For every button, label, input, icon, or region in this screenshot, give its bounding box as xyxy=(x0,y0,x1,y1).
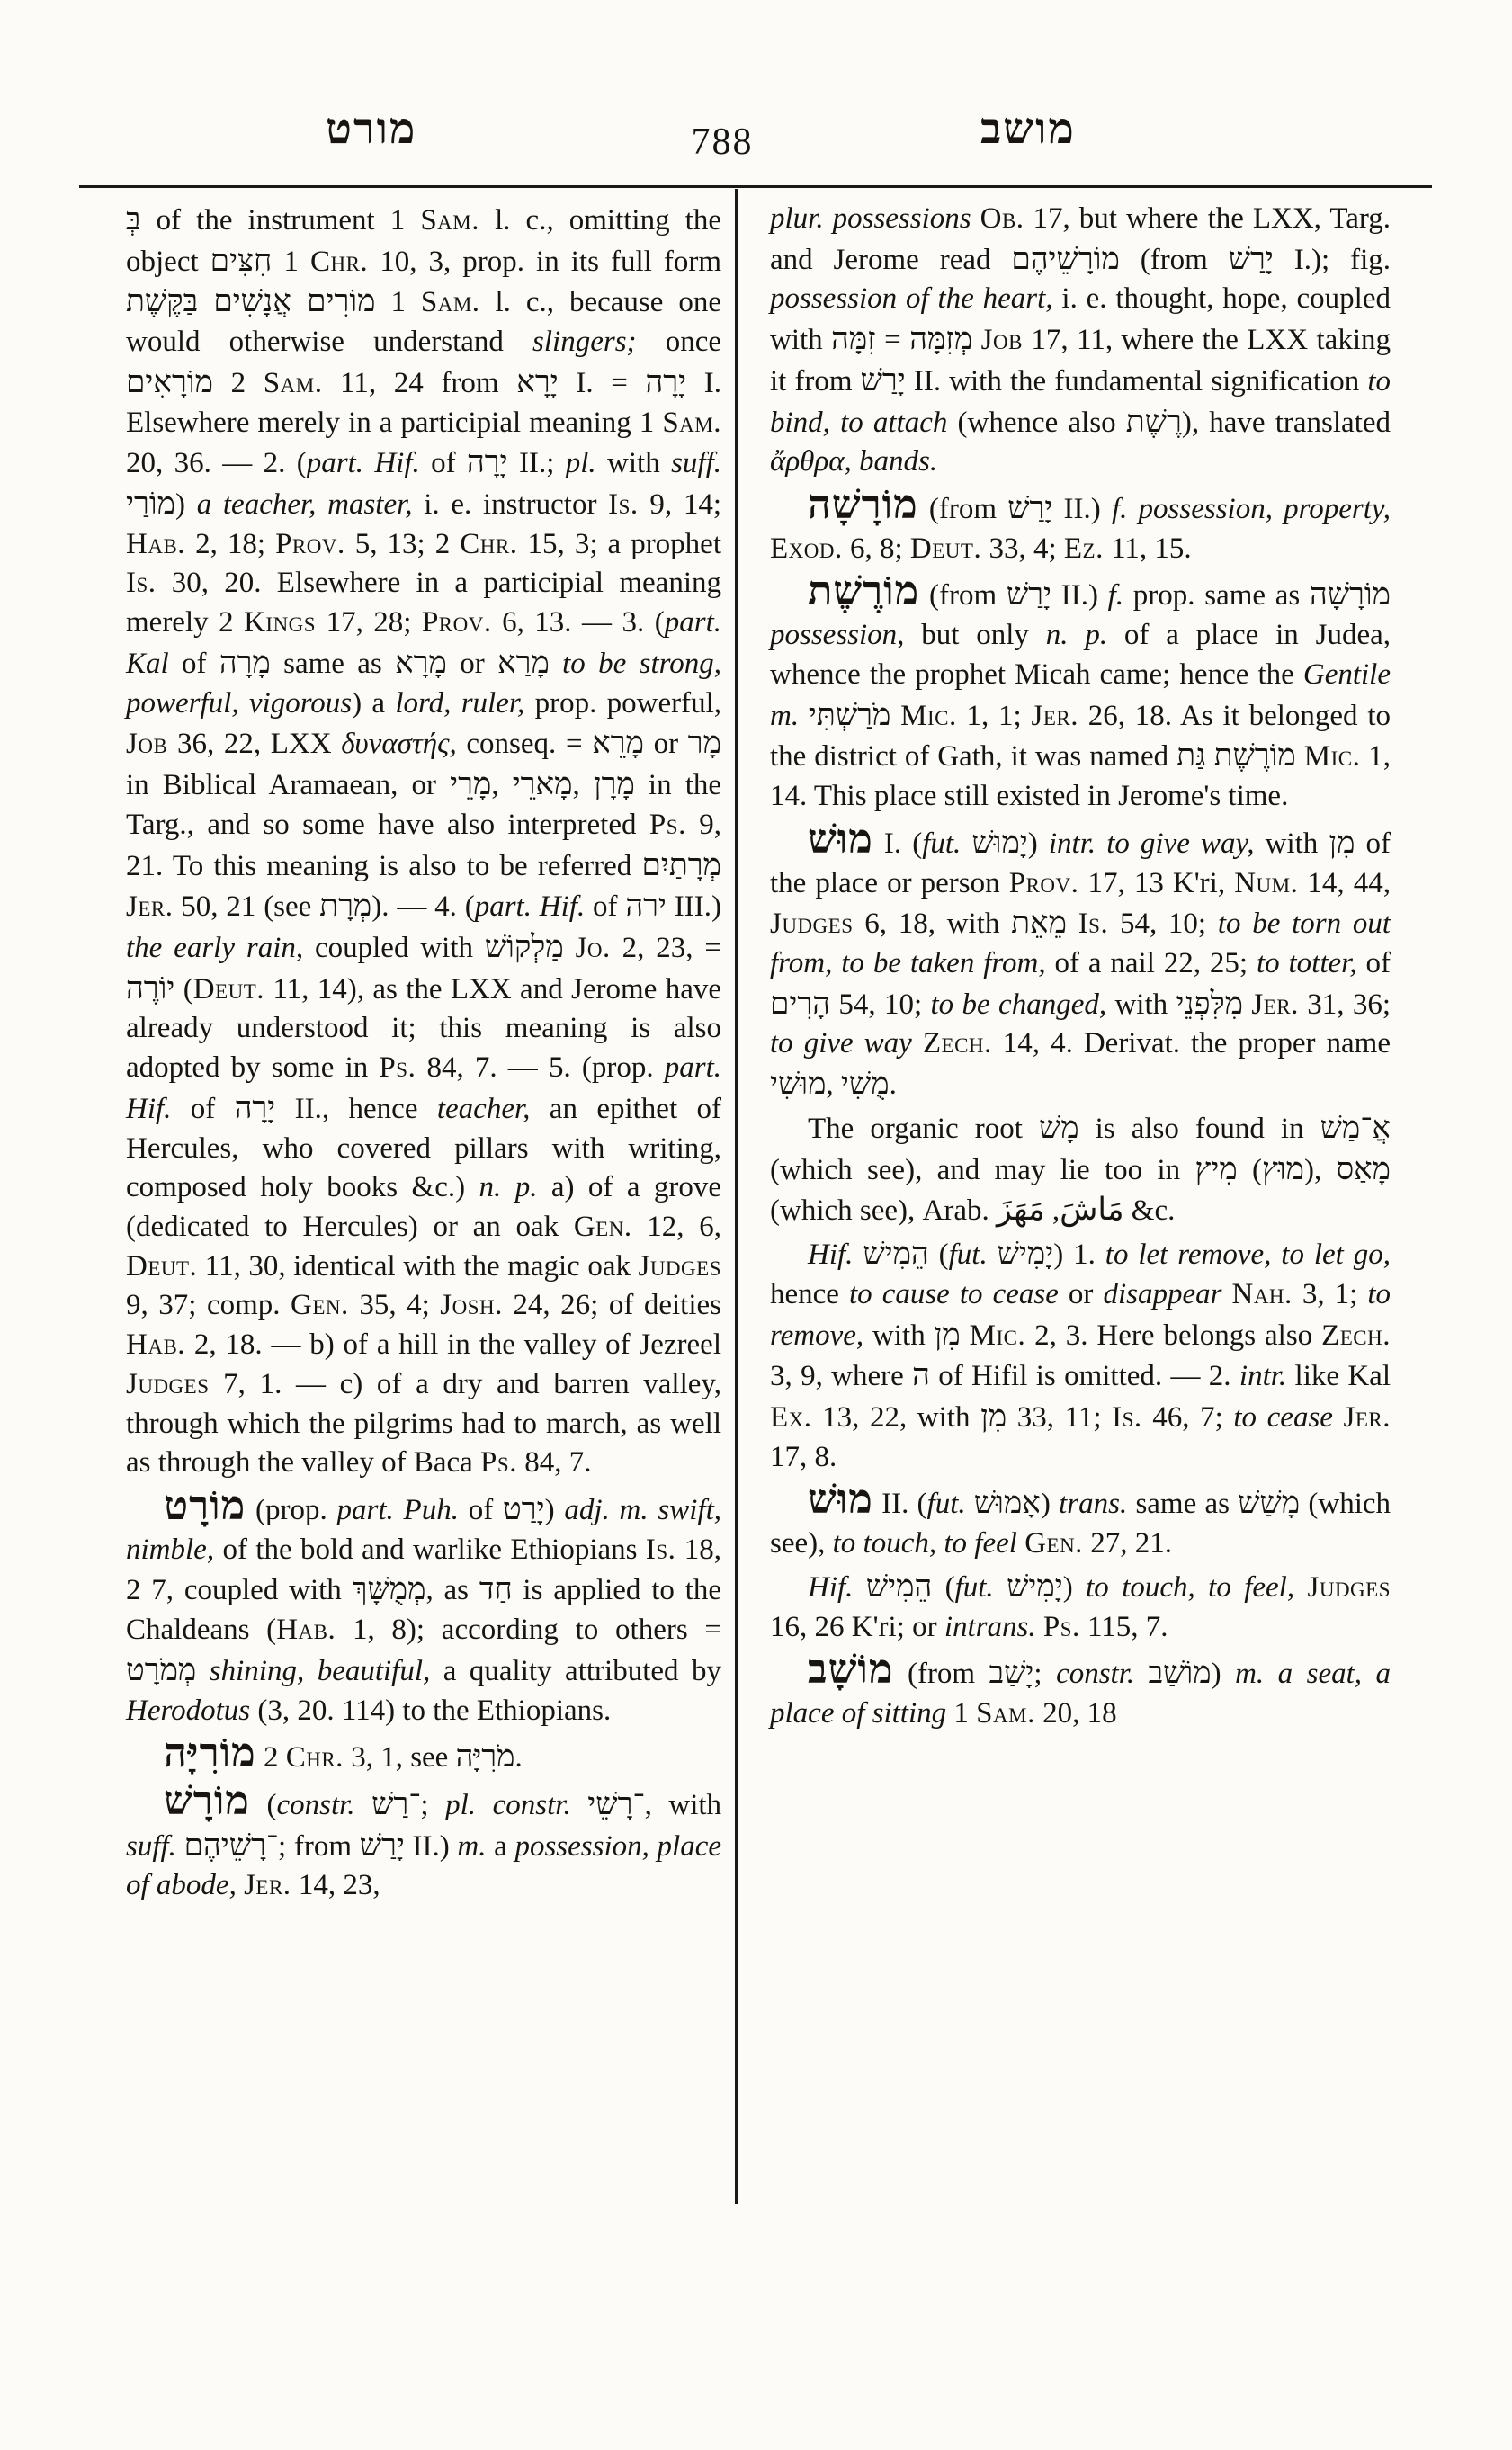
text-run: II.) xyxy=(1051,579,1108,612)
text-run: 14, 44, xyxy=(1298,867,1391,899)
text-run: ( xyxy=(932,1571,954,1604)
text-run: or xyxy=(644,728,688,760)
smallcaps-run: Job xyxy=(981,324,1023,356)
italic-run: to give way xyxy=(770,1027,912,1060)
italic-run: intr. to give way, xyxy=(1049,827,1255,860)
smallcaps-run: Hab. xyxy=(276,1614,336,1646)
text-run: 1, 8); according to others = xyxy=(336,1614,721,1646)
hebrew-run: זִמָּה xyxy=(831,322,876,356)
entry-paragraph: מוֹרֶשֶׁת (from יָרַשׁ II.) f. prop. sam… xyxy=(770,571,1391,816)
italic-run: suff. xyxy=(671,447,721,479)
text-run: (prop. xyxy=(246,1494,336,1526)
entry-paragraph: מוֹרִיָּה 2 Chr. 3, 1, see מֹרִיָּה. xyxy=(126,1733,721,1778)
smallcaps-run: Job xyxy=(126,728,167,760)
text-run: 3, 1, see xyxy=(344,1741,456,1774)
hebrew-run: מִיץ xyxy=(1194,1152,1237,1186)
text-run xyxy=(237,1869,244,1901)
italic-run: to touch, to feel xyxy=(833,1527,1017,1560)
text-run: = xyxy=(876,324,909,356)
text-run xyxy=(1243,988,1251,1021)
hebrew-headword: מוֹרָשָׁה xyxy=(808,482,918,527)
smallcaps-run: Jer. xyxy=(1344,1401,1391,1434)
hebrew-run: מָשׁ xyxy=(1039,1111,1079,1145)
entry-paragraph: מוֹרָשָׁה (from יָרַשׁ II.) f. possessio… xyxy=(770,485,1391,568)
smallcaps-run: Hab. xyxy=(126,528,185,560)
hebrew-run: מָרֵא xyxy=(592,726,644,760)
smallcaps-run: Hab. xyxy=(126,1328,185,1361)
text-run xyxy=(890,700,900,732)
header-rule xyxy=(79,185,1432,188)
text-run: once xyxy=(637,326,721,358)
hebrew-run: מֹרִיָּה xyxy=(456,1739,515,1774)
text-run: (whence also xyxy=(947,407,1125,439)
italic-run: to cease xyxy=(1233,1401,1333,1434)
text-run: (from xyxy=(1120,244,1229,276)
hebrew-run: מֵאֵת xyxy=(1011,906,1067,940)
text-run: with xyxy=(1106,988,1176,1021)
text-run: 1, 1; xyxy=(957,700,1032,732)
text-run: , as xyxy=(425,1574,479,1606)
hebrew-run: מִן xyxy=(1329,826,1355,860)
text-run: hence xyxy=(770,1278,849,1310)
hebrew-run: יָרָה xyxy=(646,365,687,399)
hebrew-run: הֵמִישׁ xyxy=(863,1237,928,1271)
text-run: 33, 4; xyxy=(981,532,1064,565)
entry-paragraph: מוֹרָט (prop. part. Puh. of יָרַט) adj. … xyxy=(126,1486,721,1730)
text-run xyxy=(853,1238,863,1271)
italic-run: trans. xyxy=(1059,1488,1127,1520)
text-run: of the bold and warlike Ethiopians xyxy=(214,1533,646,1566)
smallcaps-run: Gen. xyxy=(291,1289,349,1321)
hebrew-run: מָרֵי xyxy=(450,767,491,801)
hebrew-run: רֶשֶׁת xyxy=(1126,405,1182,439)
text-run: 2 xyxy=(213,367,264,399)
smallcaps-run: Jer. xyxy=(244,1869,291,1901)
italic-run: disappear xyxy=(1103,1278,1221,1310)
text-run xyxy=(176,1830,184,1863)
text-run: prop. powerful, xyxy=(524,687,721,720)
smallcaps-run: Kings xyxy=(244,606,316,639)
entry-paragraph: Hif. הֵמִישׁ (fut. יָמִישׁ) 1. to let re… xyxy=(770,1234,1391,1477)
text-run: 2, 3. Here belongs also xyxy=(1025,1319,1321,1352)
text-run: like Kal xyxy=(1286,1360,1391,1392)
hebrew-run: חַד xyxy=(479,1572,513,1606)
text-run: 6, 8; xyxy=(843,532,910,565)
smallcaps-run: Prov. xyxy=(275,528,345,560)
italic-run: a teacher, master, xyxy=(197,488,413,521)
text-run xyxy=(988,1238,998,1271)
text-run: of xyxy=(420,447,467,479)
text-run: , xyxy=(572,769,593,801)
running-head-left: מורט xyxy=(326,104,416,154)
smallcaps-run: Ps. xyxy=(379,1051,416,1084)
text-run: (which see), Arab. xyxy=(770,1194,997,1227)
text-run xyxy=(355,1789,372,1821)
text-run: 11, 30, identical with the magic oak xyxy=(197,1250,638,1283)
text-run: same as xyxy=(1127,1488,1238,1520)
hebrew-run: מוּשִׁי xyxy=(770,1067,826,1101)
text-run: 9, 37; comp. xyxy=(126,1289,291,1321)
entry-paragraph: מוּשׁ I. (fut. יָמוּשׁ) intr. to give wa… xyxy=(770,819,1391,1105)
smallcaps-run: Judges xyxy=(1308,1571,1391,1604)
text-run: conseq. = xyxy=(457,728,592,760)
text-run: (from xyxy=(918,493,1008,525)
text-run: I. ( xyxy=(873,827,922,860)
entry-paragraph: plur. possessions Ob. 17, but where the … xyxy=(770,200,1391,482)
text-run: ) xyxy=(1041,1488,1059,1520)
text-run: 17, 13 K'ri, xyxy=(1078,867,1234,899)
text-run: ) xyxy=(1028,827,1049,860)
smallcaps-run: Zech. xyxy=(1321,1319,1391,1352)
left-column: בְּ of the instrument 1 Sam. l. c., omit… xyxy=(126,200,721,1906)
text-run: 27, 21. xyxy=(1083,1527,1172,1560)
hebrew-run: מָר xyxy=(688,726,721,760)
text-run: ) xyxy=(1063,1571,1086,1604)
hebrew-run: יָרַשׁ xyxy=(1007,577,1051,612)
hebrew-run: מָרָה xyxy=(219,646,271,680)
text-run: 11, 15. xyxy=(1104,532,1192,565)
hebrew-run: יָרַשׁ xyxy=(861,363,906,398)
text-run: ; xyxy=(1033,1658,1056,1690)
text-run: 31, 36; xyxy=(1299,988,1391,1021)
hebrew-run: מוֹרֶשֶׁת גַּת xyxy=(1176,738,1296,773)
text-run: in Biblical Aramaean, or xyxy=(126,769,450,801)
text-run: coupled with xyxy=(303,932,485,964)
italic-run: teacher, xyxy=(437,1093,531,1125)
hebrew-run: יָרַשׁ xyxy=(360,1829,405,1863)
italic-run: f. possession, property, xyxy=(1112,493,1391,525)
hebrew-run: מְמֻשָּׁךְ xyxy=(353,1572,426,1606)
text-run: or xyxy=(447,648,497,680)
text-run: 17, 8. xyxy=(770,1441,837,1473)
smallcaps-run: Jo. xyxy=(576,932,611,964)
hebrew-run: מָאַס xyxy=(1337,1152,1391,1186)
hebrew-run: ה xyxy=(912,1358,930,1392)
hebrew-run: יָמִישׁ xyxy=(998,1237,1054,1271)
text-run xyxy=(1294,1571,1307,1604)
hebrew-run: ־רָשֵׁי xyxy=(587,1787,644,1821)
entry-paragraph: מוּשׁ II. (fut. אָמוּשׁ) trans. same as … xyxy=(770,1480,1391,1563)
text-run: 115, 7. xyxy=(1080,1611,1168,1643)
smallcaps-run: Jer. xyxy=(1251,988,1298,1021)
text-run: of xyxy=(169,648,219,680)
italic-run: plur. possessions xyxy=(770,202,971,235)
text-run: , xyxy=(1045,1194,1060,1227)
italic-run: suff. xyxy=(126,1830,176,1863)
italic-run: pl. constr. xyxy=(445,1789,571,1821)
text-run: , xyxy=(491,769,512,801)
hebrew-run: יָרָה xyxy=(467,445,508,479)
text-run: of xyxy=(171,1093,234,1125)
text-run xyxy=(994,1571,1007,1604)
text-run xyxy=(799,700,809,732)
text-run: 1 xyxy=(376,286,421,318)
column-divider xyxy=(735,189,738,2204)
text-run xyxy=(1134,1658,1148,1690)
text-run: 6, 18, with xyxy=(854,908,1012,940)
text-run: i. e. instructor xyxy=(413,488,609,521)
italic-run: Hif. xyxy=(808,1238,853,1271)
smallcaps-run: Jer. xyxy=(126,890,173,923)
text-run xyxy=(912,1027,923,1060)
hebrew-run: אָמוּשׁ xyxy=(974,1486,1041,1520)
italic-run: constr. xyxy=(276,1789,354,1821)
text-run: ) xyxy=(545,1494,565,1526)
smallcaps-run: Ps. xyxy=(480,1446,517,1479)
hebrew-headword: מוֹרָשׁ xyxy=(164,1778,250,1823)
text-run: 54, 10; xyxy=(830,988,931,1021)
text-run: 5, 13; 2 xyxy=(345,528,461,560)
italic-run: shining, beautiful, xyxy=(210,1655,431,1687)
smallcaps-run: Is. xyxy=(126,567,157,599)
smallcaps-run: Deut. xyxy=(910,532,981,565)
entry-paragraph: The organic root מָשׁ is also found in א… xyxy=(770,1108,1391,1231)
entry-paragraph: בְּ of the instrument 1 Sam. l. c., omit… xyxy=(126,200,721,1483)
hebrew-run: מָרַא xyxy=(497,646,550,680)
running-head-right: מושב xyxy=(980,104,1076,154)
text-run: 14, 23, xyxy=(291,1869,380,1901)
smallcaps-run: Ob. xyxy=(980,202,1024,235)
smallcaps-run: Sam. xyxy=(421,286,480,318)
text-run: of a nail 22, 25; xyxy=(1046,947,1257,979)
hebrew-run: מָשַׁשׁ xyxy=(1238,1486,1300,1520)
italic-run: intr. xyxy=(1239,1360,1286,1392)
text-run: II.; xyxy=(508,447,566,479)
text-run: but only xyxy=(904,619,1045,651)
italic-run: possession, xyxy=(770,619,904,651)
text-run: 3, 9, where xyxy=(770,1360,912,1392)
text-run: (from xyxy=(919,579,1007,612)
text-run xyxy=(564,932,576,964)
italic-run: Herodotus xyxy=(126,1694,250,1727)
text-run: 2 xyxy=(256,1741,286,1774)
smallcaps-run: Chr. xyxy=(310,246,368,278)
text-run: 17, 28; xyxy=(316,606,422,639)
text-run: 36, 22, LXX xyxy=(167,728,341,760)
text-run: ( xyxy=(1238,1154,1262,1186)
text-run: II. with the fundamental signification xyxy=(906,365,1368,398)
hebrew-run: מוֹרַי xyxy=(126,487,175,521)
hebrew-run: מְמֹרָט xyxy=(126,1653,196,1687)
text-run: ) a xyxy=(352,687,395,720)
hebrew-run: בְּ xyxy=(126,202,141,237)
italic-run: lord, ruler, xyxy=(395,687,524,720)
text-run: ( xyxy=(174,973,192,1006)
hebrew-run: ירה xyxy=(625,889,667,923)
hebrew-run: אֲ־מַשׁ xyxy=(1320,1111,1391,1145)
italic-run: n. p. xyxy=(479,1171,538,1203)
hebrew-run: יָרַשׁ xyxy=(1007,491,1052,525)
hebrew-headword: מוּשׁ xyxy=(808,817,873,862)
text-run: of xyxy=(585,890,625,923)
text-run: 54, 10; xyxy=(1108,908,1218,940)
text-run: II., hence xyxy=(275,1093,437,1125)
hebrew-headword: מוֹרֶשֶׁת xyxy=(808,568,919,613)
text-run xyxy=(196,1655,210,1687)
smallcaps-run: Ez. xyxy=(1064,532,1104,565)
text-run xyxy=(971,202,980,235)
text-run: II.) xyxy=(405,1830,458,1863)
greek-run: δυναστής, xyxy=(341,728,457,760)
text-run: 16, 26 K'ri; or xyxy=(770,1611,944,1643)
entry-paragraph: Hif. הֵמִישׁ (fut. יָמִישׁ) to touch, to… xyxy=(770,1567,1391,1647)
text-run: ; xyxy=(420,1789,445,1821)
italic-run: part. Hif. xyxy=(475,890,586,923)
text-run: &c. xyxy=(1124,1194,1176,1227)
smallcaps-run: Mic. xyxy=(900,700,957,732)
greek-run: ἄρθρα, xyxy=(770,445,852,478)
text-run: I. = xyxy=(559,367,646,399)
smallcaps-run: Zech. xyxy=(923,1027,992,1060)
text-run: (3, 20. 114) to the Ethiopians. xyxy=(250,1694,611,1727)
text-run: a xyxy=(486,1830,514,1863)
text-run: I.); fig. xyxy=(1274,244,1391,276)
smallcaps-run: Sam. xyxy=(662,407,721,439)
smallcaps-run: Nah. xyxy=(1231,1278,1292,1310)
italic-run: to be changed, xyxy=(931,988,1107,1021)
hebrew-run: מִן xyxy=(980,1399,1007,1434)
italic-run: to touch, to feel, xyxy=(1086,1571,1294,1604)
text-run: a quality attributed by xyxy=(430,1655,721,1687)
italic-run: m. xyxy=(457,1830,486,1863)
text-run: with xyxy=(596,447,671,479)
hebrew-run: יָרַט xyxy=(503,1492,545,1526)
text-run: 9, 14; xyxy=(639,488,721,521)
text-run: . xyxy=(890,1069,897,1101)
hebrew-run: יָרַשׁ xyxy=(1229,242,1274,276)
text-run xyxy=(961,827,971,860)
text-run: . xyxy=(515,1741,523,1774)
text-run xyxy=(961,1319,970,1352)
italic-run: part. Puh. xyxy=(337,1494,459,1526)
smallcaps-run: Sam. xyxy=(976,1697,1035,1730)
right-column: plur. possessions Ob. 17, but where the … xyxy=(770,200,1391,1734)
smallcaps-run: Ps. xyxy=(1043,1611,1080,1643)
italic-run: to totter, xyxy=(1257,947,1357,979)
text-run: ), have translated xyxy=(1182,407,1391,439)
text-run: , with xyxy=(645,1789,721,1821)
smallcaps-run: Ex. xyxy=(770,1401,812,1434)
text-run: ( xyxy=(250,1789,277,1821)
hebrew-run: מָארֵי xyxy=(513,767,573,801)
text-run: prop. same as xyxy=(1123,579,1310,612)
hebrew-run: ־רַשׁ xyxy=(371,1787,420,1821)
hebrew-run: מָרָא xyxy=(395,646,447,680)
smallcaps-run: Deut. xyxy=(126,1250,197,1283)
hebrew-run: מְרָת xyxy=(319,889,371,923)
smallcaps-run: Gen. xyxy=(574,1211,632,1243)
smallcaps-run: Chr. xyxy=(286,1741,344,1774)
arabic-run: مَهَزَ xyxy=(997,1193,1045,1227)
text-run: 3, 1; xyxy=(1293,1278,1368,1310)
page-number: 788 xyxy=(673,121,772,164)
hebrew-run: מוֹרָאִים xyxy=(126,365,213,399)
hebrew-run: יָרָה xyxy=(235,1091,276,1125)
text-run xyxy=(550,648,562,680)
text-run: 14, 4. Derivat. the proper name xyxy=(992,1027,1391,1060)
smallcaps-run: Judges xyxy=(638,1250,721,1283)
text-run: with xyxy=(863,1319,934,1352)
italic-run: bands. xyxy=(859,445,937,478)
hebrew-run: מֻשִׁי xyxy=(841,1067,890,1101)
text-run: of the instrument 1 xyxy=(141,204,421,237)
hebrew-run: מוֹרָשָׁה xyxy=(1310,577,1391,612)
text-run: 2, 23, = xyxy=(611,932,721,964)
smallcaps-run: Deut. xyxy=(193,973,264,1006)
text-run: ; from xyxy=(278,1830,360,1863)
text-run xyxy=(1036,1611,1043,1643)
italic-run: slingers; xyxy=(532,326,637,358)
text-run: 15, 3; a prophet xyxy=(518,528,722,560)
dictionary-page: מורט 788 מושב בְּ of the instrument 1 Sa… xyxy=(0,0,1512,2450)
text-run: of xyxy=(1357,947,1391,979)
text-run: , xyxy=(826,1069,841,1101)
italic-run: fut. xyxy=(949,1238,988,1271)
italic-run: fut. xyxy=(922,827,961,860)
entry-paragraph: מוֹרָשׁ (constr. ־רַשׁ; pl. constr. ־רָש… xyxy=(126,1781,721,1906)
hebrew-run: חִצִּים xyxy=(210,244,273,278)
text-run xyxy=(1221,1278,1231,1310)
italic-run: the early rain, xyxy=(126,932,303,964)
text-run: ( xyxy=(929,1238,949,1271)
text-run: (which see), and may lie too in xyxy=(770,1154,1194,1186)
text-run: II.) xyxy=(1052,493,1112,525)
text-run: ), xyxy=(1304,1154,1337,1186)
text-run: 20, 36. — 2. ( xyxy=(126,447,307,479)
hebrew-run: מוּץ xyxy=(1262,1152,1304,1186)
italic-run: constr. xyxy=(1056,1658,1134,1690)
smallcaps-run: Sam. xyxy=(420,204,479,237)
hebrew-headword: מוֹשָׁב xyxy=(808,1647,893,1692)
smallcaps-run: Judges xyxy=(126,1368,210,1400)
text-run: is also found in xyxy=(1079,1113,1320,1145)
italic-run: possession of the heart, xyxy=(770,282,1053,315)
text-run: 84, 7. xyxy=(517,1446,592,1479)
smallcaps-run: Is. xyxy=(608,488,639,521)
text-run: 6, 13. — 3. ( xyxy=(492,606,665,639)
smallcaps-run: Is. xyxy=(1078,908,1109,940)
italic-run: n. p. xyxy=(1046,619,1107,651)
hebrew-run: מַלְקוֹשׁ xyxy=(485,930,564,964)
smallcaps-run: Is. xyxy=(646,1533,676,1566)
text-run xyxy=(966,1488,974,1520)
italic-run: fut. xyxy=(955,1571,994,1604)
smallcaps-run: Ps. xyxy=(649,809,686,841)
italic-run: fut. xyxy=(927,1488,966,1520)
italic-run: pl. xyxy=(566,447,596,479)
hebrew-run: יוֹרֶה xyxy=(126,971,174,1006)
text-run xyxy=(1067,908,1078,940)
text-run: 50, 21 (see xyxy=(173,890,319,923)
entry-paragraph: מוֹשָׁב (from יָשַׁב; constr. מוֹשַׁב) m… xyxy=(770,1650,1391,1733)
text-run: 33, 11; xyxy=(1007,1401,1112,1434)
hebrew-run: מְרָתַיִם xyxy=(641,848,721,882)
text-run: (from xyxy=(893,1658,989,1690)
text-run xyxy=(972,324,980,356)
hebrew-run: ־רָשֵׁיהֶם xyxy=(184,1829,278,1863)
text-run: 10, 3, prop. in its full form xyxy=(368,246,721,278)
smallcaps-run: Judges xyxy=(770,908,854,940)
italic-run: part. Hif. xyxy=(307,447,420,479)
text-run: ) xyxy=(1212,1658,1235,1690)
text-run: 12, 6, xyxy=(632,1211,721,1243)
italic-run: f. xyxy=(1108,579,1123,612)
hebrew-run: יָרָא xyxy=(516,365,558,399)
smallcaps-run: Prov. xyxy=(1009,867,1079,899)
text-run xyxy=(1296,740,1304,773)
smallcaps-run: Gen. xyxy=(1024,1527,1083,1560)
hebrew-run: מוֹרָשֵׁיהֶם xyxy=(1011,242,1119,276)
